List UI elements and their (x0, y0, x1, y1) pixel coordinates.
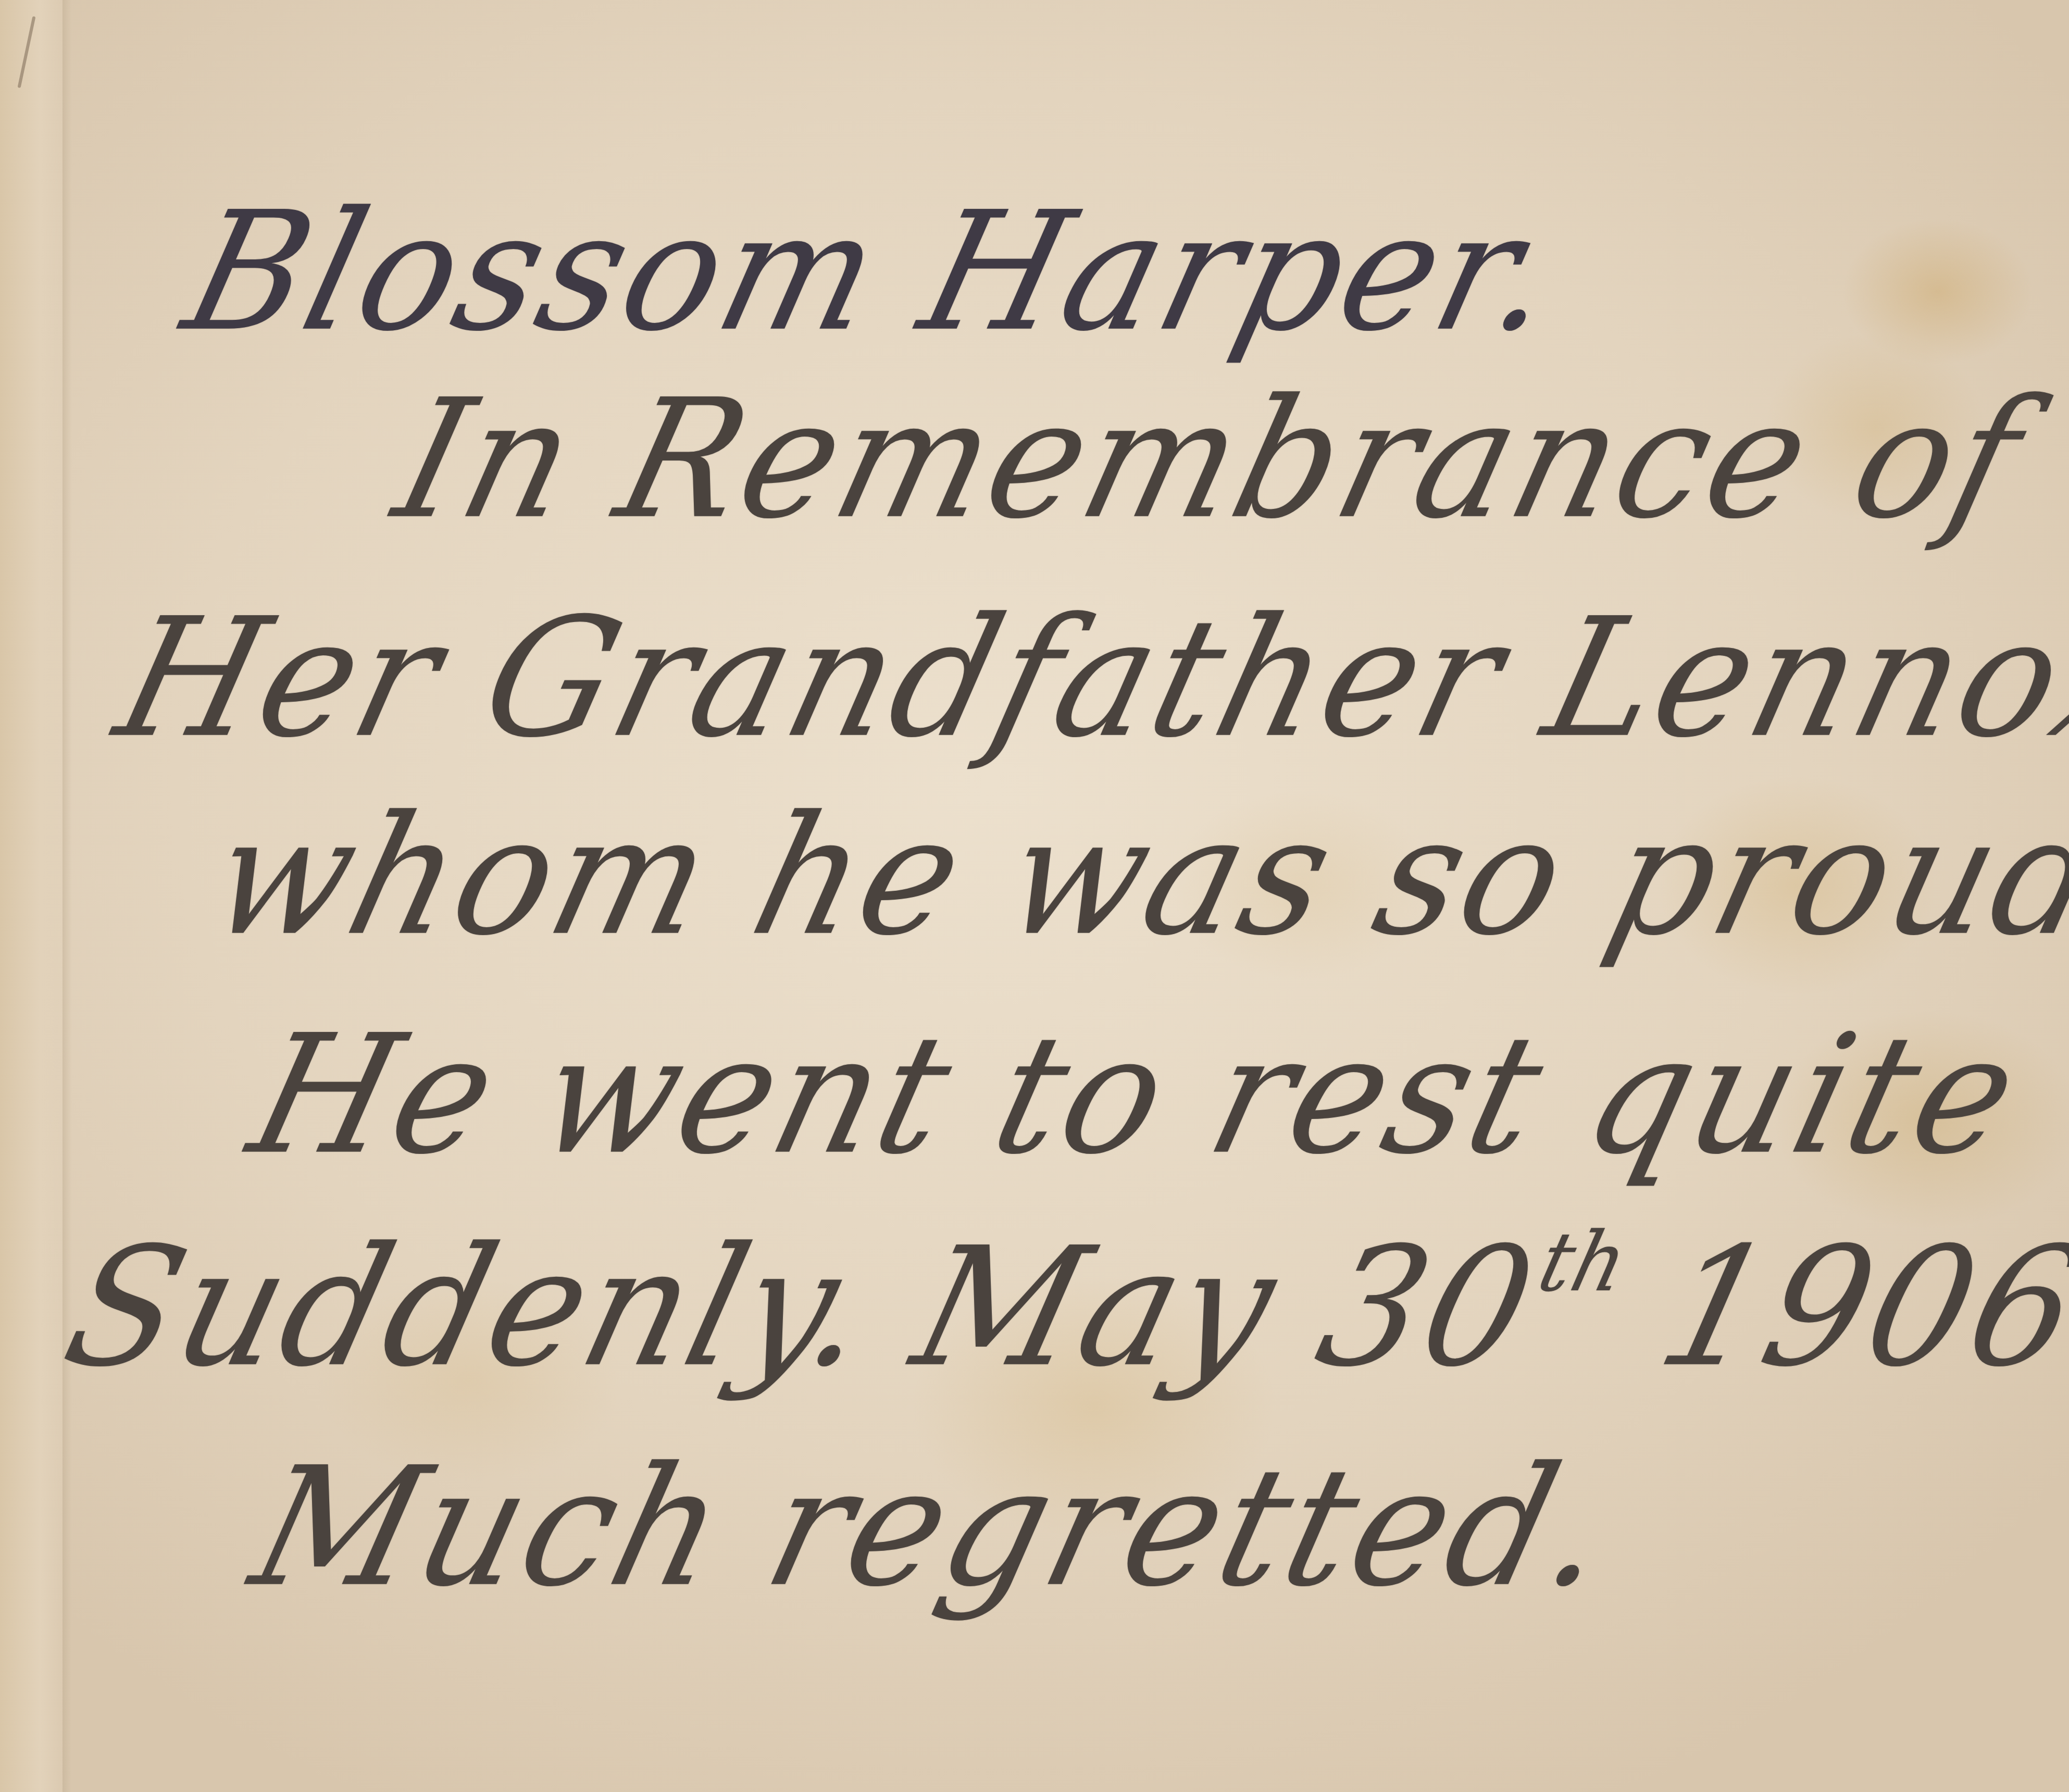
inscription-recipient-name: Blossom Harper. (172, 190, 1575, 354)
inscription-line-grandfather: Her Grandfather Lennox of (104, 596, 2069, 761)
inscription-line-regretted: Much regretted. (240, 1446, 1628, 1610)
inscription-date-year: 1906. (1590, 1212, 2069, 1403)
inscription-date-main: Suddenly. May 30 (49, 1212, 1554, 1403)
book-page: Blossom Harper. In Remembrance of Her Gr… (0, 0, 2069, 1792)
inscription-line-proud: whom he was so proud.. (198, 794, 2069, 959)
inscription-line-date: Suddenly. May 30th 1906. (52, 1222, 2069, 1390)
inscription-line-went-to-rest: He went to rest quite (238, 1013, 2034, 1177)
inscription-line-remembrance: In Remembrance of (383, 378, 2038, 542)
handwritten-inscription: Blossom Harper. In Remembrance of Her Gr… (0, 0, 2069, 1792)
